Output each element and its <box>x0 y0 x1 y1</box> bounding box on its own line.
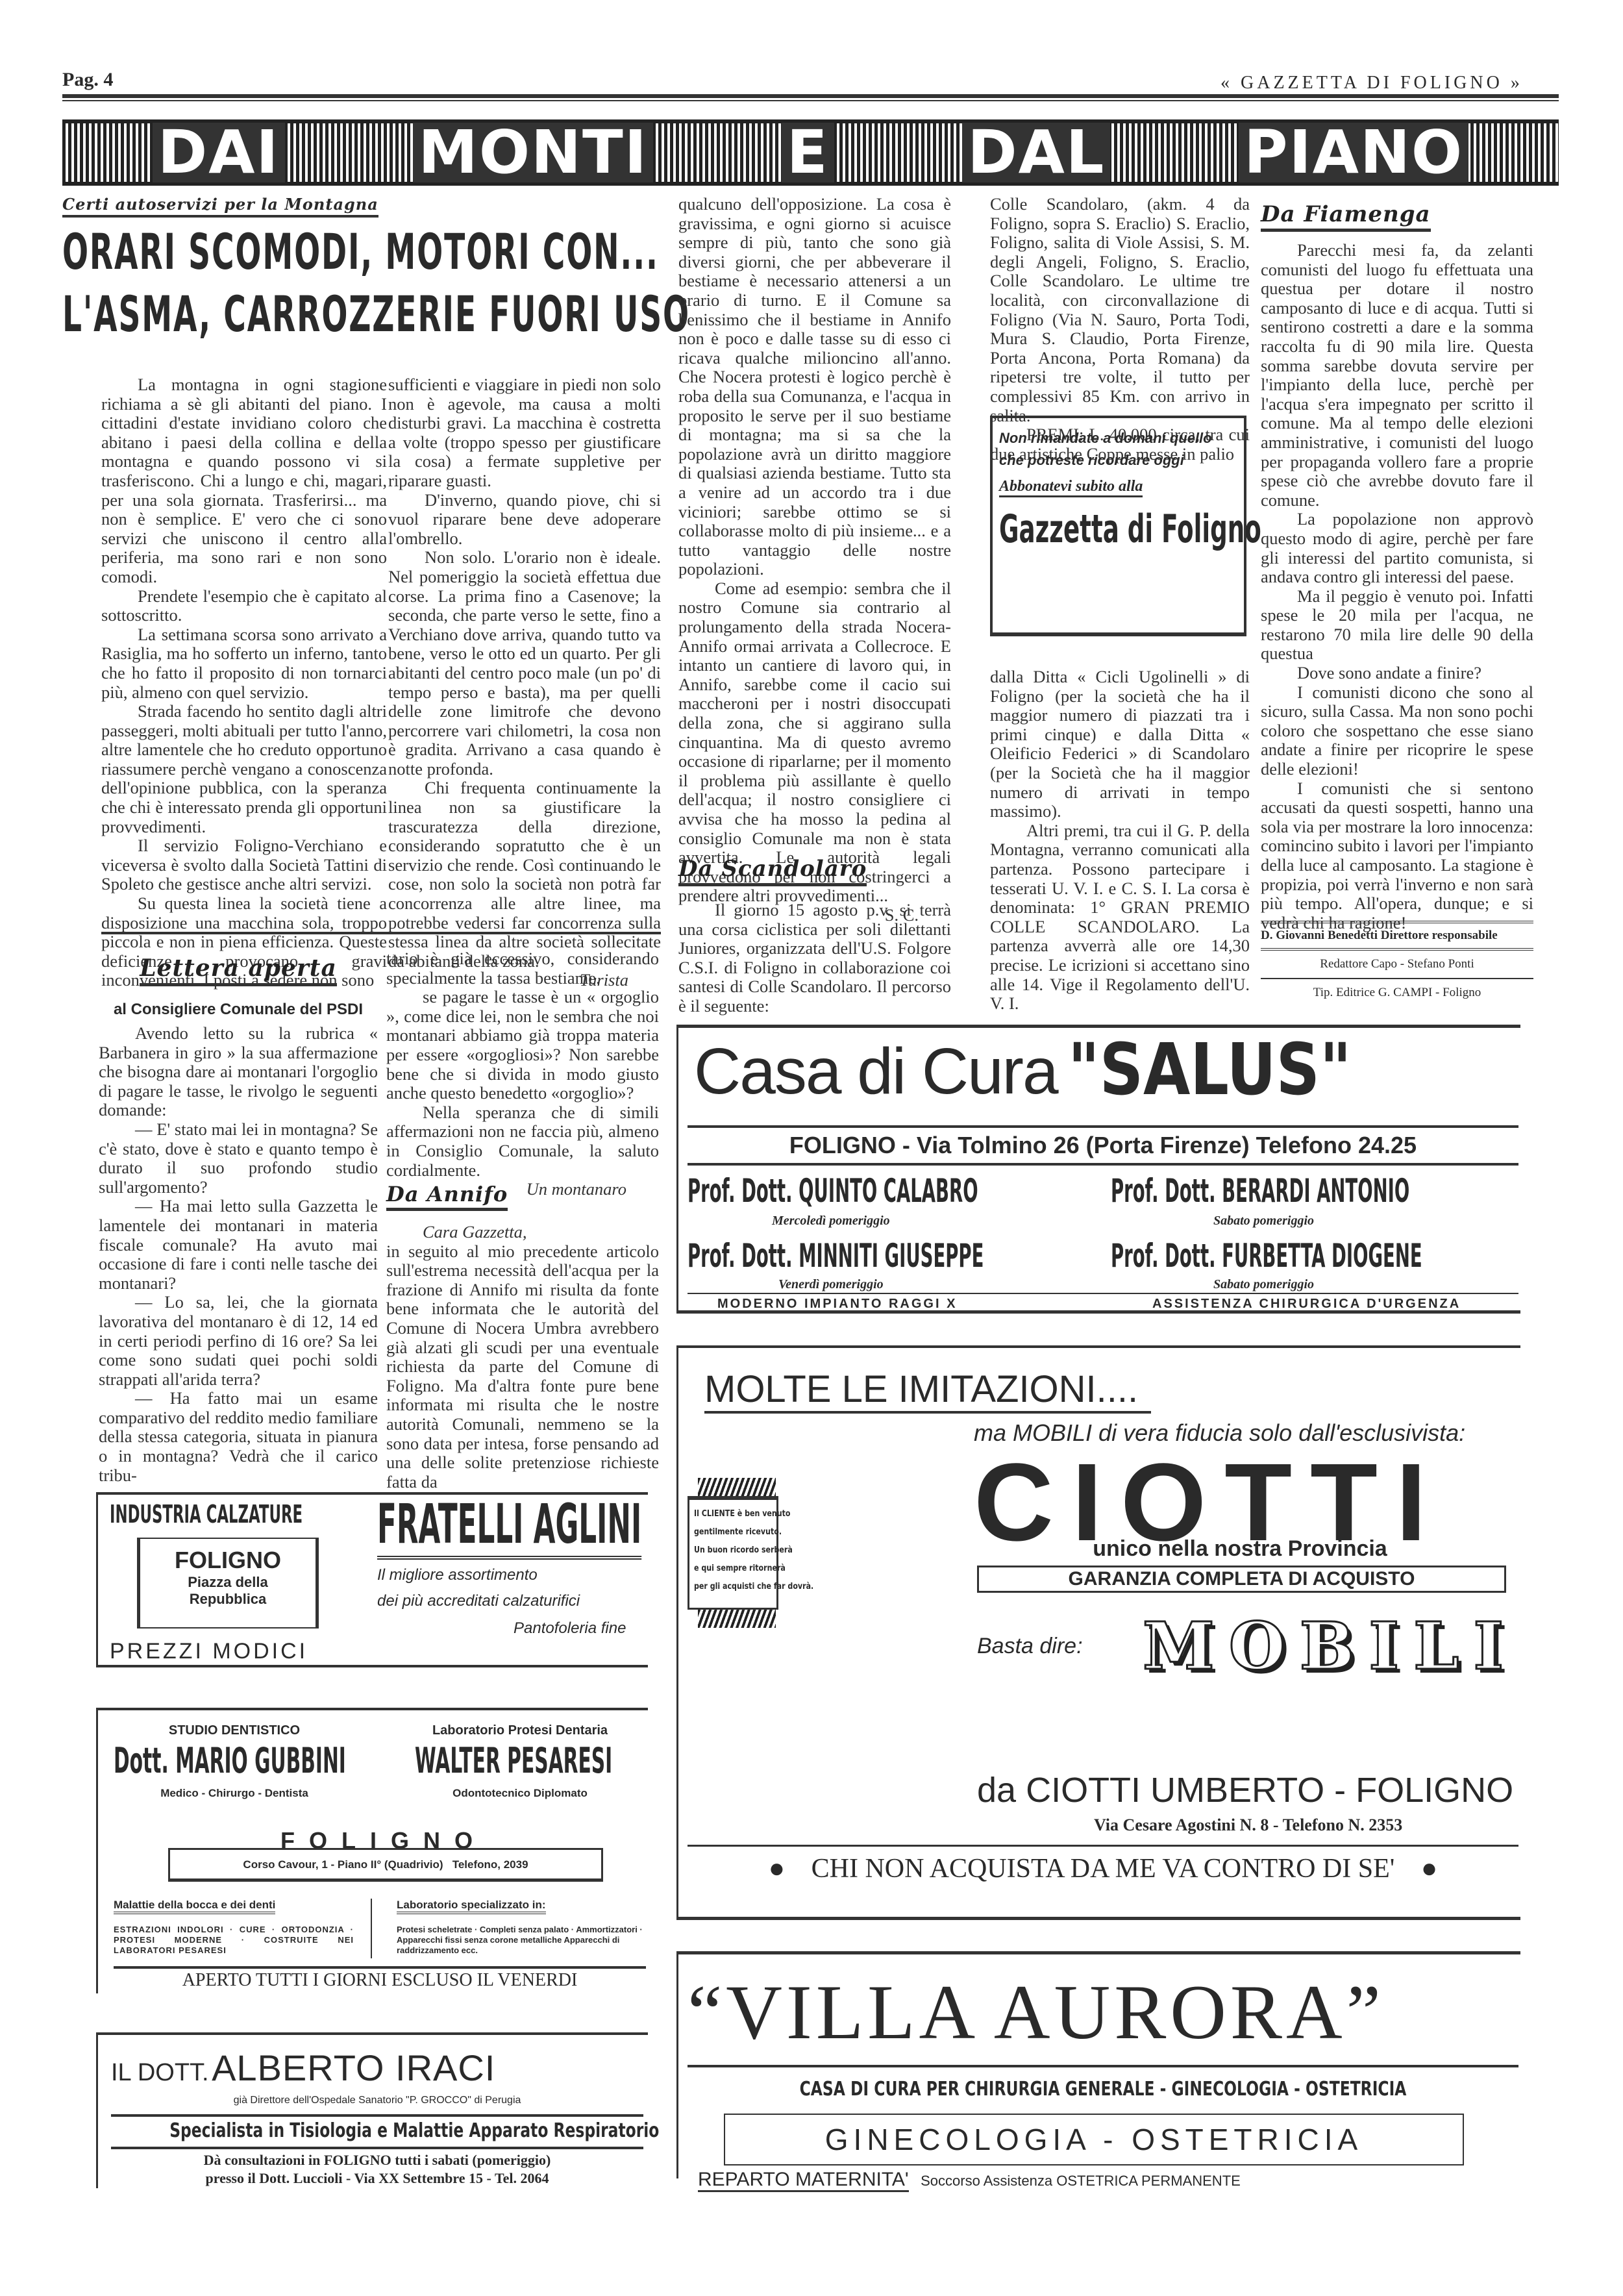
section-heading: Da Fiamenga <box>1261 201 1431 232</box>
section-heading: Da Annifo <box>386 1182 508 1211</box>
salus-doctor: Prof. Dott. BERARDI ANTONIO <box>1111 1172 1409 1210</box>
ciotti-mobili: MOBILI <box>1143 1608 1518 1684</box>
fiamenga-section: Da Fiamenga Parecchi mesi fa, da zelanti… <box>1261 201 1533 932</box>
ad-aglini: INDUSTRIA CALZATURE FOLIGNO Piazza della… <box>96 1492 648 1667</box>
headline-line-1: ORARI SCOMODI, MOTORI CON... <box>62 221 428 283</box>
subscribe-box: Non rimandate a domani quello che potres… <box>990 416 1246 636</box>
bullet-icon: ● <box>1421 1854 1437 1884</box>
section-heading: Da Scandolaro <box>678 856 867 886</box>
banner-word: DAL <box>962 123 1110 182</box>
ad-ciotti: MOLTE LE IMITAZIONI.... ma MOBILI di ver… <box>676 1345 1520 1920</box>
annifo-continued: qualcuno dell'opposizione. La cosa è gra… <box>678 195 951 925</box>
subscribe-title: Gazzetta di Foligno <box>999 506 1147 552</box>
ciotti-guarantee-box: GARANZIA COMPLETA DI ACQUISTO <box>977 1566 1506 1593</box>
ad-iraci: IL DOTT. ALBERTO IRACI già Direttore del… <box>96 2032 648 2188</box>
salus-doctor: Prof. Dott. FURBETTA DIOGENE <box>1111 1237 1422 1275</box>
ad-aurora: “VILLA AURORA” CASA DI CURA PER CHIRURGI… <box>676 1951 1520 2178</box>
lead-kicker: Certi autoservizi per la Montagna <box>62 195 378 218</box>
lead-headline: ORARI SCOMODI, MOTORI CON... L'ASMA, CAR… <box>62 221 653 345</box>
banner-word: MONTI <box>413 123 653 182</box>
dental-address-box: Corso Cavour, 1 - Piano II° (Quadrivio) … <box>168 1848 603 1882</box>
banner-word: DAI <box>153 123 285 182</box>
hatch-decoration <box>698 1610 776 1628</box>
colophon: D. Giovanni Benedetti Direttore responsa… <box>1261 921 1533 1006</box>
scandolaro-col-b2: dalla Ditta « Cicli Ugolinelli » di Foli… <box>990 668 1250 1014</box>
headline-line-2: L'ASMA, CARROZZERIE FUORI USO <box>62 283 428 345</box>
aurora-brand: “VILLA AURORA” <box>688 1967 1385 2057</box>
lettera-col-2: tario è già eccessivo, considerando spec… <box>386 949 659 1199</box>
aglini-address-box: FOLIGNO Piazza della Repubblica <box>137 1538 319 1628</box>
lettera-section: Lettera aperta al Consigliere Comunale d… <box>99 955 378 1485</box>
scandolaro-section: Da Scandolaro Il giorno 15 agosto p.v. s… <box>678 856 951 1016</box>
hatch-decoration <box>698 1478 776 1496</box>
lead-col-1: La montagna in ogni stagione richiama a … <box>101 375 387 990</box>
salus-doctor: Prof. Dott. QUINTO CALABRO <box>688 1172 978 1210</box>
section-heading: Lettera aperta <box>140 955 337 986</box>
header-rule <box>62 94 1559 98</box>
section-banner: DAI MONTI E DAL PIANO <box>62 119 1559 186</box>
lettera-subheading: al Consigliere Comunale del PSDI <box>99 1001 378 1019</box>
salus-doctor: Prof. Dott. MINNITI GIUSEPPE <box>688 1237 984 1275</box>
bullet-icon: ● <box>769 1854 785 1884</box>
divider <box>101 932 661 934</box>
header-rule-thin <box>62 100 1559 101</box>
aurora-box: GINECOLOGIA - OSTETRICIA <box>724 2114 1464 2165</box>
aglini-brand: FRATELLI AGLINI <box>377 1492 641 1560</box>
masthead: « GAZZETTA DI FOLIGNO » <box>1220 73 1523 94</box>
ad-salus: Casa di Cura "SALUS" FOLIGNO - Via Tolmi… <box>676 1025 1520 1314</box>
poem: Il CLIENTE è ben venuto gentilmente rice… <box>688 1496 778 1605</box>
lead-col-2: sufficienti e viaggiare in piedi non sol… <box>388 375 661 990</box>
banner-word: E <box>782 123 834 182</box>
banner-word: PIANO <box>1239 123 1468 182</box>
ad-dental: STUDIO DENTISTICO Dott. MARIO GUBBINI Me… <box>96 1708 648 1993</box>
annifo-section: Da Annifo Cara Gazzetta, in seguito al m… <box>386 1182 659 1491</box>
page-number: Pag. 4 <box>62 69 113 91</box>
